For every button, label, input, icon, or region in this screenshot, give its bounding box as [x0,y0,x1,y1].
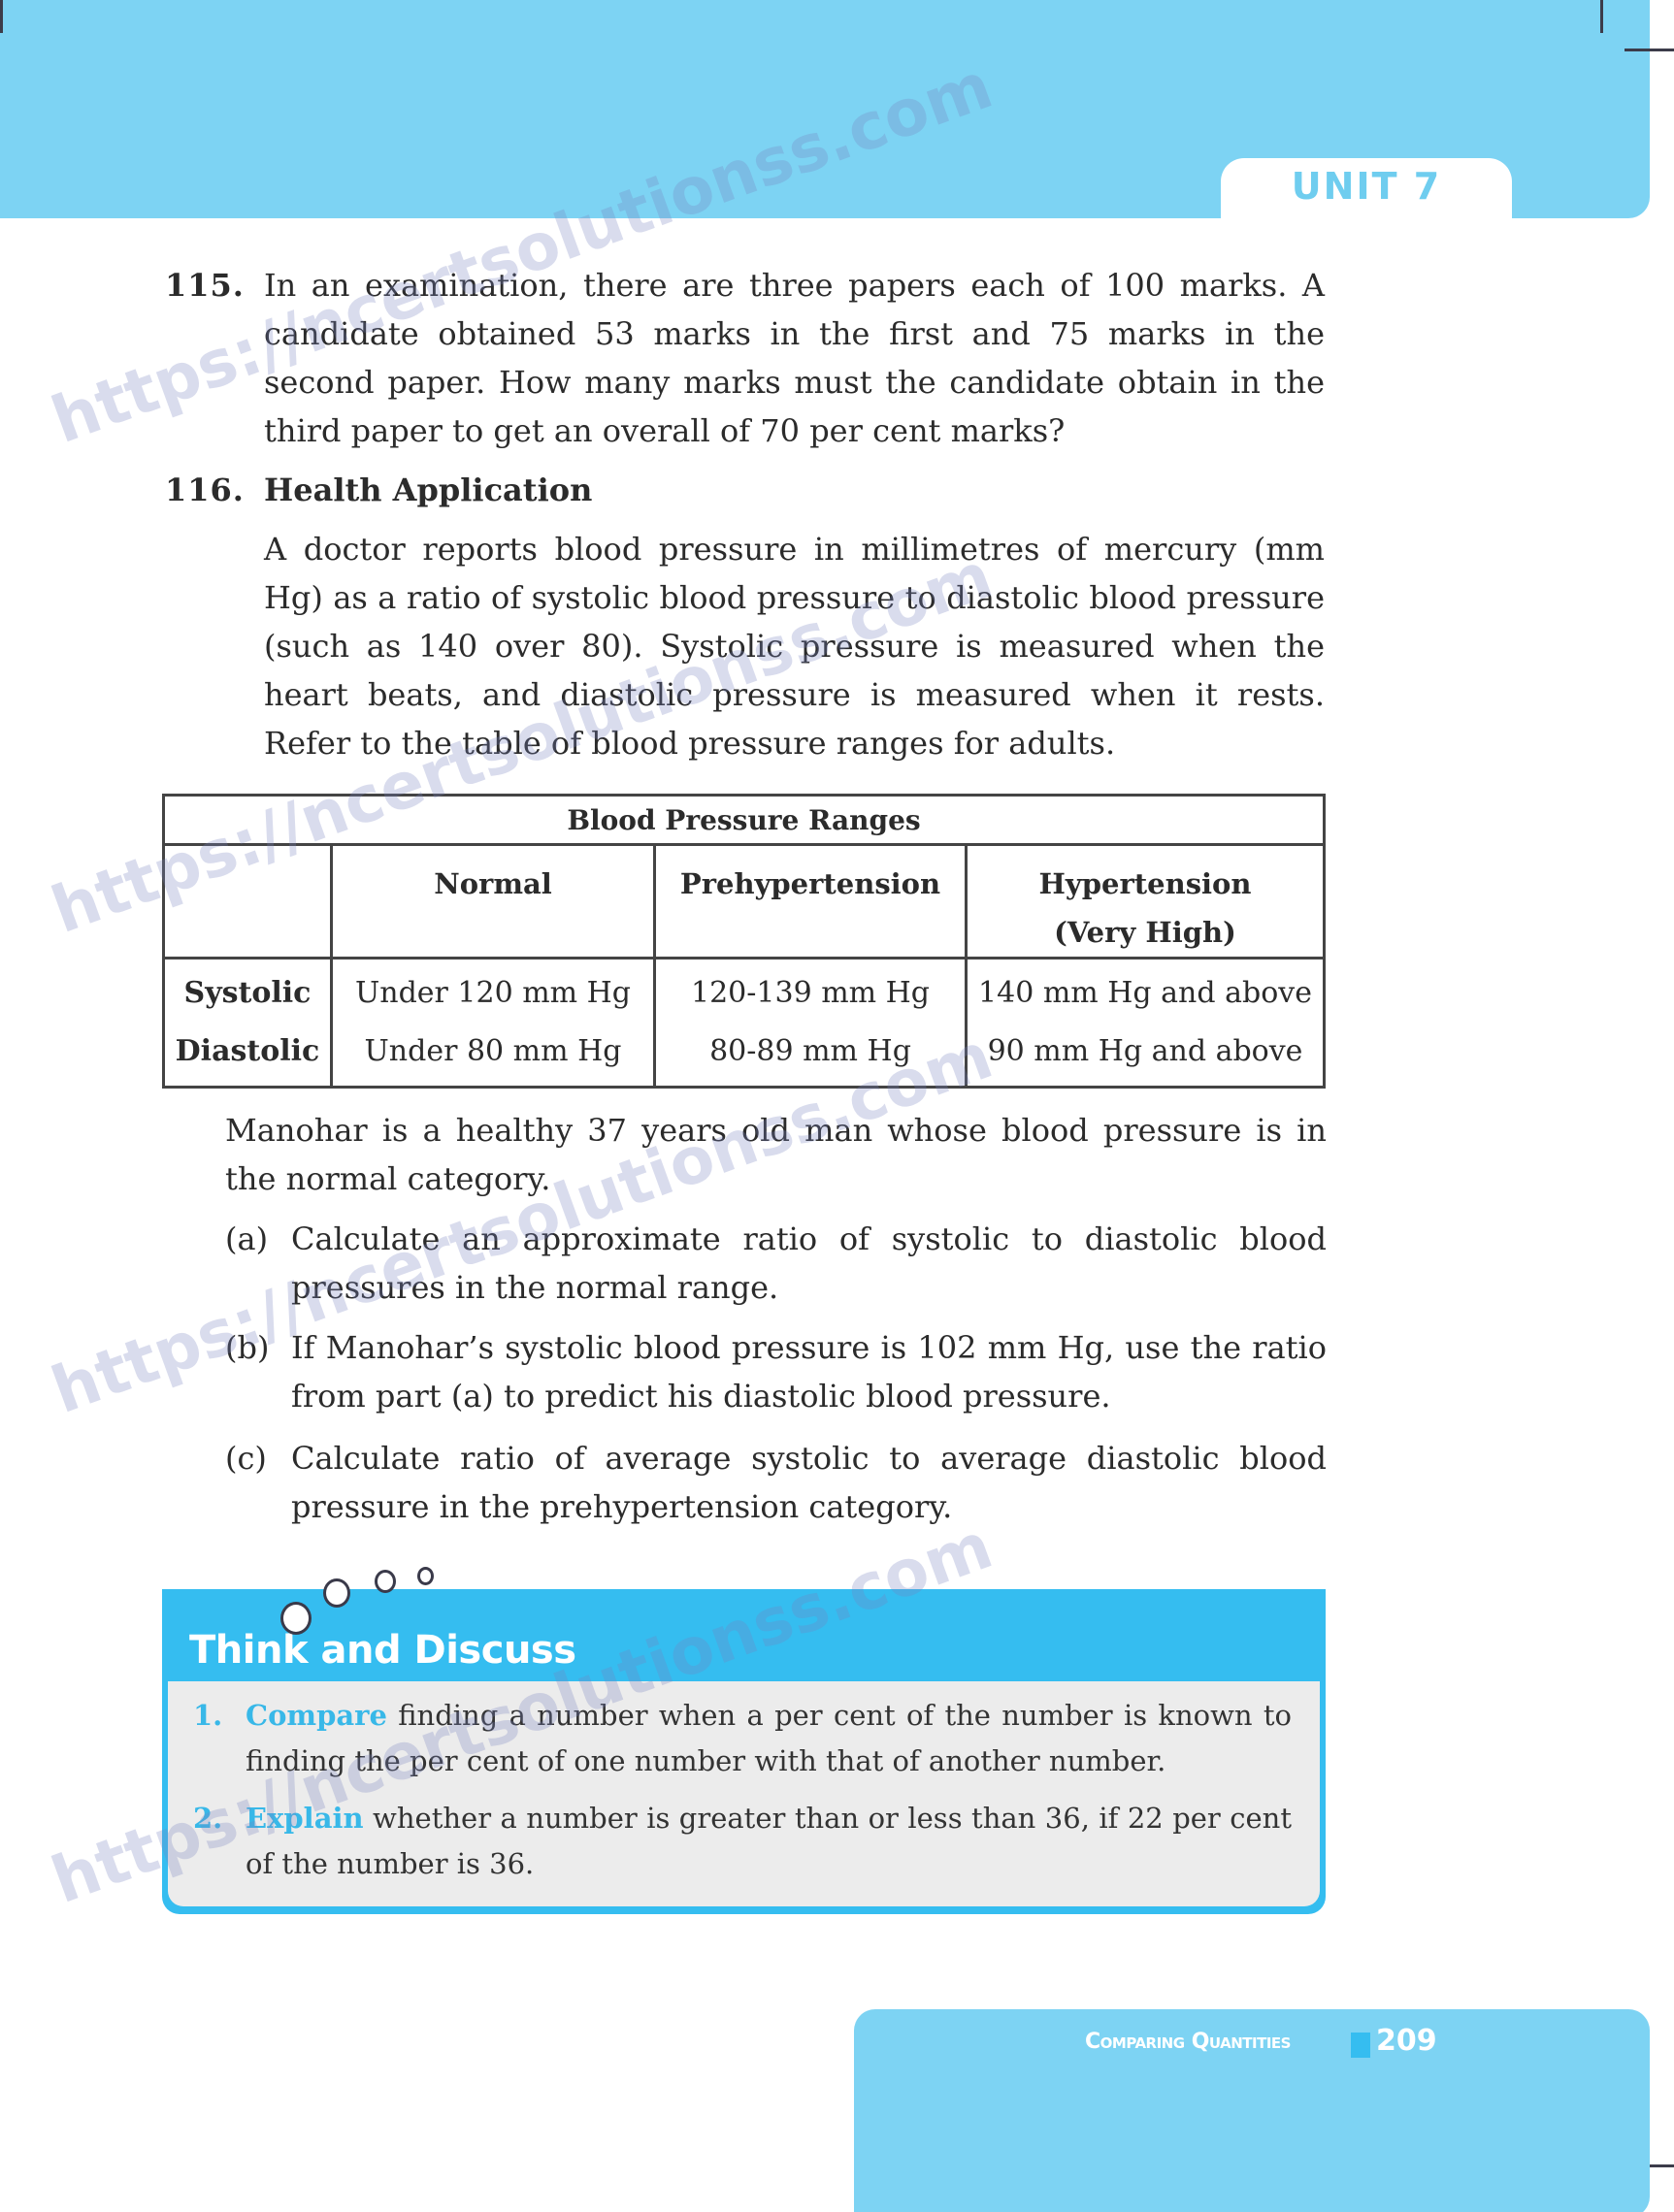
cell-hypertension: 140 mm Hg and above 90 mm Hg and above [967,959,1325,1088]
crop-mark [1625,49,1674,51]
table-caption: Blood Pressure Ranges [164,796,1325,845]
row-label-systolic: Systolic [165,964,330,1023]
part-text: Calculate ratio of average systolic to a… [291,1434,1327,1531]
question-number: 116. [165,466,245,514]
part-label: (c) [225,1434,267,1482]
question-116: 116. Health Application A doctor reports… [165,466,1329,786]
hypertension-line-2: (Very High) [968,908,1323,957]
unit-label: UNIT 7 [1221,165,1512,208]
item-number: 2. [193,1796,222,1841]
page-number: 209 [1376,2024,1437,2058]
systolic-hypertension: 140 mm Hg and above [968,964,1323,1023]
column-header-normal: Normal [332,845,655,959]
think-and-discuss-title: Think and Discuss [189,1628,576,1673]
blood-pressure-table: Blood Pressure Ranges Normal Prehyperten… [162,794,1326,1089]
question-number: 115. [165,261,245,309]
think-and-discuss-box: Think and Discuss 1. Compare finding a n… [162,1589,1326,1914]
thought-bubble-icon [280,1602,312,1635]
item-verb: Explain [246,1802,364,1835]
crop-mark [0,0,3,33]
part-text: Calculate an approximate ratio of systol… [291,1215,1327,1312]
row-labels: Systolic Diastolic [164,959,332,1088]
diastolic-normal: Under 80 mm Hg [333,1023,653,1081]
cell-normal: Under 120 mm Hg Under 80 mm Hg [332,959,655,1088]
question-text: In an examination, there are three paper… [264,261,1325,455]
item-text: whether a number is greater than or less… [246,1802,1292,1880]
item-text: finding a number when a per cent of the … [246,1699,1292,1777]
row-label-diastolic: Diastolic [165,1023,330,1081]
part-label: (a) [225,1215,268,1263]
diastolic-prehypertension: 80-89 mm Hg [656,1023,965,1081]
thought-bubble-icon [323,1578,350,1608]
question-intro: A doctor reports blood pressure in milli… [264,525,1325,767]
crop-mark [1600,0,1603,33]
table-row: Systolic Diastolic Under 120 mm Hg Under… [164,959,1325,1088]
table-header-row: Normal Prehypertension Hypertension (Ver… [164,845,1325,959]
thought-bubble-icon [375,1570,396,1593]
thought-bubble-icon [417,1567,434,1585]
square-icon [1351,2033,1370,2058]
column-header-prehypertension: Prehypertension [655,845,967,959]
systolic-prehypertension: 120-139 mm Hg [656,964,965,1023]
diastolic-hypertension: 90 mm Hg and above [968,1023,1323,1081]
cell-prehypertension: 120-139 mm Hg 80-89 mm Hg [655,959,967,1088]
item-verb: Compare [246,1699,387,1732]
scenario-paragraph: Manohar is a healthy 37 years old man wh… [225,1106,1327,1203]
question-title: Health Application [264,466,1325,514]
systolic-normal: Under 120 mm Hg [333,964,653,1023]
column-header-empty [164,845,332,959]
hypertension-line-1: Hypertension [968,860,1323,908]
chapter-title: Comparing Quantities [1085,2030,1291,2054]
part-text: If Manohar’s systolic blood pressure is … [291,1323,1327,1420]
question-115: 115. In an examination, there are three … [165,261,1329,455]
column-header-hypertension: Hypertension (Very High) [967,845,1325,959]
item-number: 1. [193,1693,222,1739]
part-label: (b) [225,1323,269,1372]
think-and-discuss-panel: 1. Compare finding a number when a per c… [168,1681,1320,1906]
